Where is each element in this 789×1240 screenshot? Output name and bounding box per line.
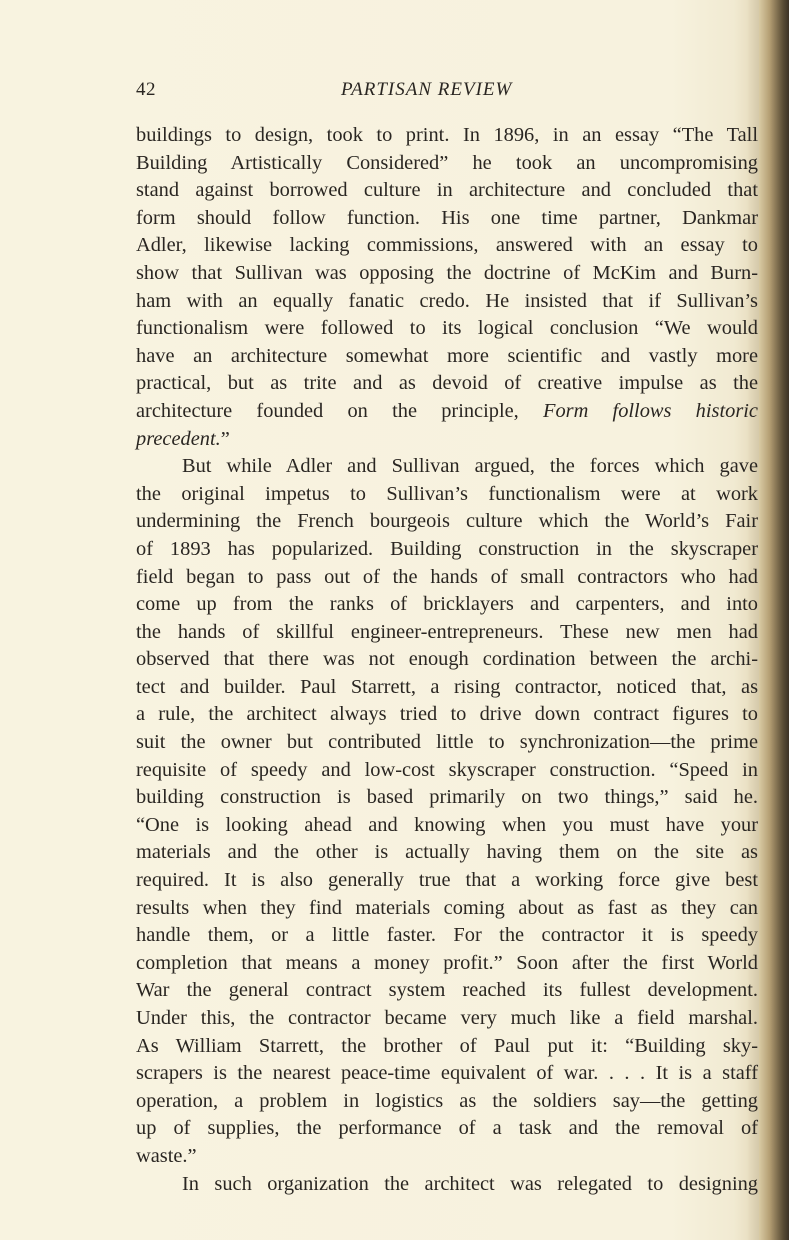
- text-line: As William Starrett, the brother of Paul…: [136, 1033, 758, 1061]
- text-line: required. It is also generally true that…: [136, 867, 758, 895]
- paragraph-1: buildings to design, took to print. In 1…: [136, 122, 758, 453]
- text-line: But while Adler and Sullivan argued, the…: [136, 453, 758, 481]
- text-line: Building Artistically Considered” he too…: [136, 150, 758, 178]
- text-line: handle them, or a little faster. For the…: [136, 922, 758, 950]
- text-line: architecture founded on the principle, F…: [136, 398, 758, 426]
- text-fragment: ”: [221, 428, 230, 450]
- text-line: waste.”: [136, 1143, 758, 1171]
- page-number: 42: [136, 79, 156, 101]
- text-line: field began to pass out of the hands of …: [136, 564, 758, 592]
- text-line: the hands of skillful engineer-entrepren…: [136, 619, 758, 647]
- text-line: completion that means a money profit.” S…: [136, 950, 758, 978]
- text-line: requisite of speedy and low-cost skyscra…: [136, 757, 758, 785]
- text-fragment: architecture founded on the principle,: [136, 400, 543, 422]
- text-line: tect and builder. Paul Starrett, a risin…: [136, 674, 758, 702]
- text-line: functionalism were followed to its logic…: [136, 315, 758, 343]
- text-line: buildings to design, took to print. In 1…: [136, 122, 758, 150]
- text-line: precedent.”: [136, 426, 758, 454]
- text-line: observed that there was not enough cordi…: [136, 646, 758, 674]
- paragraph-2: But while Adler and Sullivan argued, the…: [136, 453, 758, 1170]
- text-line: of 1893 has popularized. Building constr…: [136, 536, 758, 564]
- text-line: In such organization the architect was r…: [136, 1171, 758, 1199]
- text-line: results when they find materials coming …: [136, 895, 758, 923]
- text-line: Adler, likewise lacking commissions, ans…: [136, 232, 758, 260]
- text-line: a rule, the architect always tried to dr…: [136, 701, 758, 729]
- text-line: ham with an equally fanatic credo. He in…: [136, 288, 758, 316]
- text-line: scrapers is the nearest peace-time equiv…: [136, 1060, 758, 1088]
- italic-phrase: precedent.: [136, 428, 221, 450]
- journal-title: PARTISAN REVIEW: [341, 79, 512, 101]
- running-head: 42 PARTISAN REVIEW: [136, 79, 756, 103]
- text-line: building construction is based primarily…: [136, 784, 758, 812]
- text-line: practical, but as trite and as devoid of…: [136, 370, 758, 398]
- body-text: buildings to design, took to print. In 1…: [136, 122, 758, 1198]
- text-line: show that Sullivan was opposing the doct…: [136, 260, 758, 288]
- text-line: War the general contract system reached …: [136, 977, 758, 1005]
- text-line: up of supplies, the performance of a tas…: [136, 1115, 758, 1143]
- text-line: suit the owner but contributed little to…: [136, 729, 758, 757]
- book-binding-edge: [759, 0, 789, 1240]
- text-line: operation, a problem in logistics as the…: [136, 1088, 758, 1116]
- text-line: undermining the French bourgeois culture…: [136, 508, 758, 536]
- text-line: come up from the ranks of bricklayers an…: [136, 591, 758, 619]
- text-line: Under this, the contractor became very m…: [136, 1005, 758, 1033]
- text-line: have an architecture somewhat more scien…: [136, 343, 758, 371]
- text-line: form should follow function. His one tim…: [136, 205, 758, 233]
- text-line: the original impetus to Sullivan’s funct…: [136, 481, 758, 509]
- text-line: stand against borrowed culture in archit…: [136, 177, 758, 205]
- italic-phrase: Form follows historic: [543, 400, 758, 422]
- text-line: materials and the other is actually havi…: [136, 839, 758, 867]
- paragraph-3: In such organization the architect was r…: [136, 1171, 758, 1199]
- text-line: “One is looking ahead and knowing when y…: [136, 812, 758, 840]
